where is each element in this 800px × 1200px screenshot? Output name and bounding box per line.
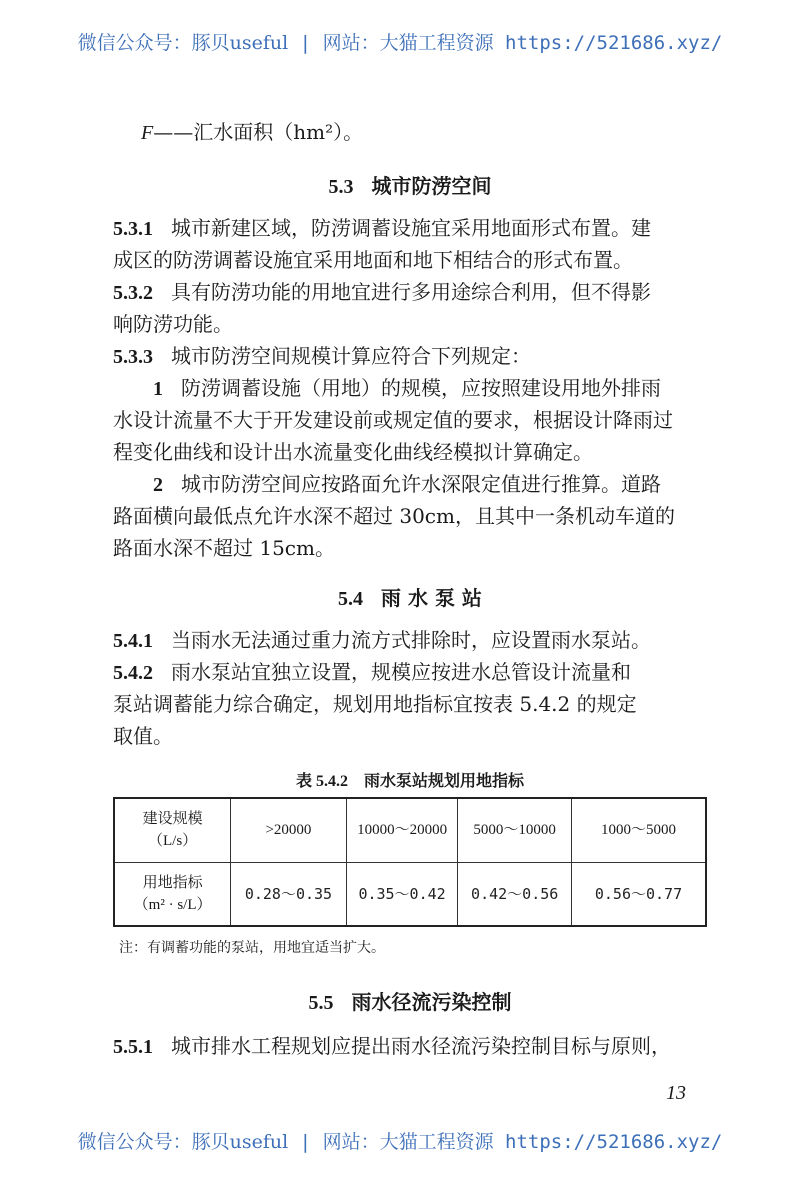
clause-5-3-2: 5.3.2具有防涝功能的用地宜进行多用途综合利用，但不得影 — [113, 278, 707, 307]
table-cell: 10000～20000 — [346, 798, 458, 862]
watermark-label: 微信公众号：豚贝useful — [78, 1131, 289, 1153]
list-item-2-cont-2: 路面水深不超过 15cm。 — [113, 534, 707, 562]
watermark-separator: | — [300, 32, 311, 54]
watermark-site-label: 网站：大猫工程资源 — [323, 1131, 494, 1153]
table-caption: 表 5.4.2雨水泵站规划用地指标 — [113, 768, 707, 791]
watermark-top: 微信公众号：豚贝useful | 网站：大猫工程资源 https://52168… — [0, 28, 800, 55]
watermark-separator: | — [300, 1131, 311, 1153]
list-item-1: 1防涝调蓄设施（用地）的规模，应按照建设用地外排雨 — [113, 374, 707, 403]
section-heading-5-3: 5.3城市防涝空间 — [113, 170, 707, 199]
table-cell: 0.28～0.35 — [231, 862, 347, 926]
pump-station-land-table: 建设规模 （L/s） >20000 10000～20000 5000～10000… — [113, 797, 707, 927]
clause-5-3-3: 5.3.3城市防涝空间规模计算应符合下列规定： — [113, 342, 707, 371]
table-cell: 0.42～0.56 — [458, 862, 572, 926]
table-cell: >20000 — [231, 798, 347, 862]
table-row: 用地指标 （m² · s/L） 0.28～0.35 0.35～0.42 0.42… — [114, 862, 706, 926]
clause-5-3-1: 5.3.1城市新建区域，防涝调蓄设施宜采用地面形式布置。建 — [113, 214, 707, 243]
watermark-site-label: 网站：大猫工程资源 — [323, 32, 494, 54]
page-number: 13 — [666, 1082, 686, 1105]
list-item-1-cont-1: 水设计流量不大于开发建设前或规定值的要求，根据设计降雨过 — [113, 406, 707, 434]
watermark-bottom: 微信公众号：豚贝useful | 网站：大猫工程资源 https://52168… — [0, 1127, 800, 1154]
row-header-cell: 建设规模 （L/s） — [114, 798, 231, 862]
table-note: 注：有调蓄功能的泵站，用地宜适当扩大。 — [119, 937, 385, 957]
table-row: 建设规模 （L/s） >20000 10000～20000 5000～10000… — [114, 798, 706, 862]
clause-5-5-1: 5.5.1城市排水工程规划应提出雨水径流污染控制目标与原则， — [113, 1032, 707, 1061]
table-cell: 0.35～0.42 — [346, 862, 458, 926]
formula-text: ——汇水面积（hm²）。 — [153, 120, 363, 144]
list-item-1-cont-2: 程变化曲线和设计出水流量变化曲线经模拟计算确定。 — [113, 438, 707, 466]
clause-5-4-2-cont-1: 泵站调蓄能力综合确定，规划用地指标宜按表 5.4.2 的规定 — [113, 690, 707, 718]
clause-5-4-2-cont-2: 取值。 — [113, 722, 707, 750]
table-cell: 0.56～0.77 — [571, 862, 706, 926]
section-heading-5-5: 5.5雨水径流污染控制 — [113, 986, 707, 1015]
section-heading-5-4: 5.4雨 水 泵 站 — [113, 582, 707, 611]
clause-5-3-2-cont: 响防涝功能。 — [113, 310, 707, 338]
formula-symbol: F — [141, 122, 153, 144]
row-header-cell: 用地指标 （m² · s/L） — [114, 862, 231, 926]
list-item-2: 2城市防涝空间应按路面允许水深限定值进行推算。道路 — [113, 470, 707, 499]
table-cell: 5000～10000 — [458, 798, 572, 862]
watermark-label: 微信公众号：豚贝useful — [78, 32, 289, 54]
watermark-url: https://521686.xyz/ — [505, 32, 722, 54]
watermark-url: https://521686.xyz/ — [505, 1131, 722, 1153]
list-item-2-cont-1: 路面横向最低点允许水深不超过 30cm，且其中一条机动车道的 — [113, 502, 707, 530]
formula-definition: F——汇水面积（hm²）。 — [113, 118, 707, 147]
clause-5-3-1-cont: 成区的防涝调蓄设施宜采用地面和地下相结合的形式布置。 — [113, 246, 707, 274]
clause-5-4-1: 5.4.1当雨水无法通过重力流方式排除时，应设置雨水泵站。 — [113, 626, 707, 655]
table-cell: 1000～5000 — [571, 798, 706, 862]
clause-5-4-2: 5.4.2雨水泵站宜独立设置，规模应按进水总管设计流量和 — [113, 658, 707, 687]
